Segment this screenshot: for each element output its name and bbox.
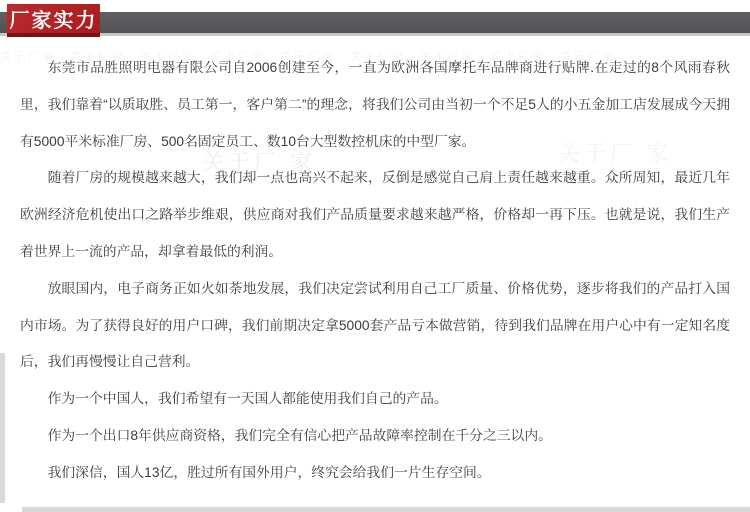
left-edge-shadow [0,353,5,503]
paragraph: 我们深信，国人13亿，胜过所有国外用户，终究会给我们一片生存空间。 [20,455,730,492]
paragraph: 放眼国内，电子商务正如火如荼地发展，我们决定尝试利用自己工厂质量、价格优势，逐步… [20,271,730,381]
section-title-badge: 厂家实力 [7,4,100,37]
paragraph: 作为一个中国人，我们希望有一天国人都能使用我们自己的产品。 [20,381,730,418]
paragraph: 作为一个出口8年供应商资格，我们完全有信心把产品故障率控制在千分之三以内。 [20,418,730,455]
paragraph: 随着厂房的规模越来越大，我们却一点也高兴不起来，反倒是感觉自己肩上责任越来越重。… [20,160,730,270]
description-text: 东莞市品胜照明电器有限公司自2006创建至今，一直为欧洲各国摩托车品牌商进行贴牌… [20,50,730,492]
header-bar [0,12,750,33]
paragraph: 东莞市品胜照明电器有限公司自2006创建至今，一直为欧洲各国摩托车品牌商进行贴牌… [20,50,730,160]
bottom-edge-shadow [22,507,750,512]
header-bar-underline [0,33,750,36]
page-title: 厂家实力 [10,4,98,33]
